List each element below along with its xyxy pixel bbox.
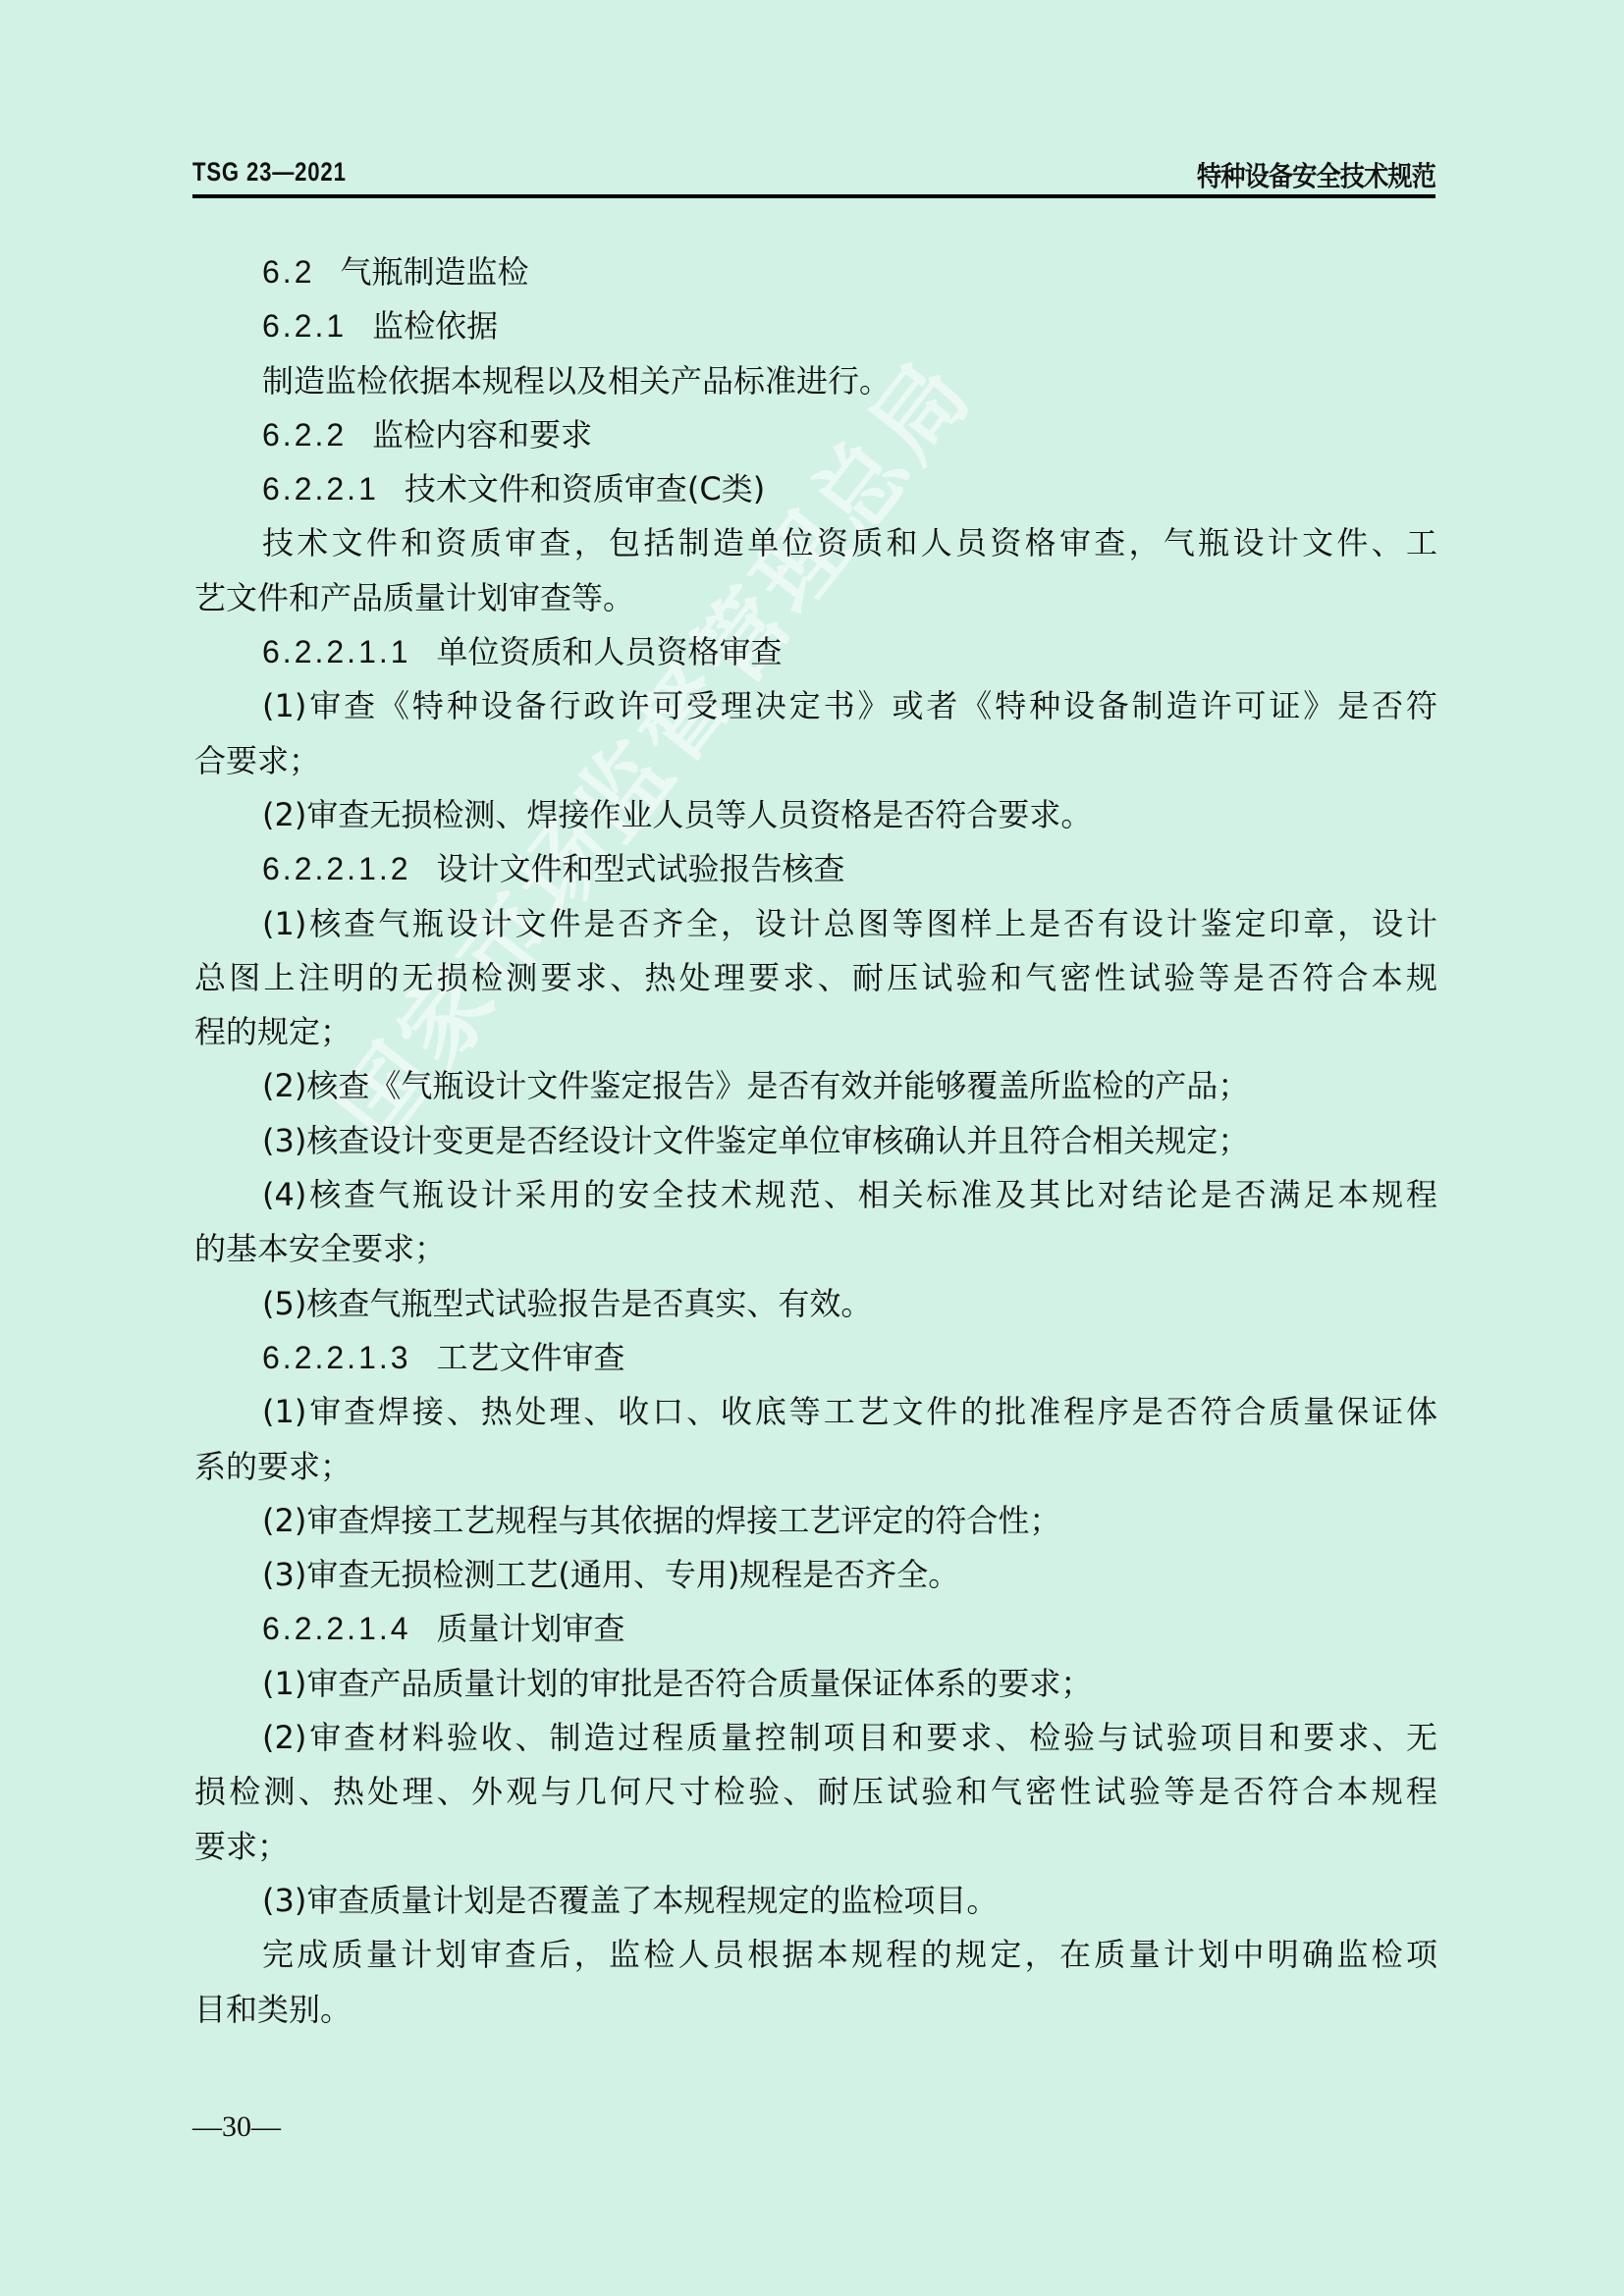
section-heading: 6.2气瓶制造监检: [194, 245, 1437, 299]
section-heading: 6.2.2.1.1单位资质和人员资格审查: [194, 625, 1437, 679]
section-heading: 6.2.2.1.4质量计划审查: [194, 1602, 1437, 1656]
line-text: (3)核查设计变更是否经设计文件鉴定单位审核确认并且符合相关规定；: [262, 1122, 1249, 1159]
line-text: (5)核查气瓶型式试验报告是否真实、有效。: [262, 1285, 872, 1322]
paragraph-line: (2)审查无损检测、焊接作业人员等人员资格是否符合要求。: [194, 788, 1437, 842]
section-number: 6.2.2.1: [262, 471, 379, 507]
paragraph-line: 要求；: [194, 1820, 1437, 1874]
paragraph-line: 制造监检依据本规程以及相关产品标准进行。: [194, 354, 1437, 408]
line-text: 系的要求；: [194, 1448, 352, 1485]
paragraph-line: 目和类别。: [194, 1983, 1437, 2037]
section-title: 工艺文件审查: [437, 1339, 625, 1376]
line-text: (4)核查气瓶设计采用的安全技术规范、相关标准及其比对结论是否满足本规程: [262, 1168, 1437, 1222]
line-text: 制造监检依据本规程以及相关产品标准进行。: [262, 362, 891, 400]
line-text: (2)审查焊接工艺规程与其依据的焊接工艺评定的符合性；: [262, 1502, 1060, 1539]
header-title: 特种设备安全技术规范: [1197, 155, 1435, 194]
line-text: (3)审查质量计划是否覆盖了本规程规定的监检项目。: [262, 1882, 998, 1919]
line-text: 合要求；: [194, 742, 320, 779]
section-title: 监检依据: [372, 307, 498, 345]
section-title: 设计文件和型式试验报告核查: [437, 850, 845, 887]
paragraph-line: (4)核查气瓶设计采用的安全技术规范、相关标准及其比对结论是否满足本规程: [194, 1168, 1437, 1222]
line-text: 程的规定；: [194, 1013, 352, 1050]
section-number: 6.2.2: [262, 417, 347, 453]
paragraph-line: 程的规定；: [194, 1005, 1437, 1059]
page-number: —30—: [192, 2110, 281, 2144]
paragraph-line: (2)核查《气瓶设计文件鉴定报告》是否有效并能够覆盖所监检的产品；: [194, 1059, 1437, 1113]
section-number: 6.2.2.1.1: [262, 634, 411, 669]
line-text: (1)审查《特种设备行政许可受理决定书》或者《特种设备制造许可证》是否符: [262, 679, 1437, 733]
section-heading: 6.2.2监检内容和要求: [194, 408, 1437, 462]
line-text: 的基本安全要求；: [194, 1230, 446, 1267]
section-title: 技术文件和资质审查(C类): [405, 470, 765, 507]
line-text: 总图上注明的无损检测要求、热处理要求、耐压试验和气密性试验等是否符合本规: [194, 951, 1437, 1005]
paragraph-line: 艺文件和产品质量计划审查等。: [194, 571, 1437, 625]
paragraph-line: (2)审查焊接工艺规程与其依据的焊接工艺评定的符合性；: [194, 1494, 1437, 1548]
section-number: 6.2.2.1.2: [262, 851, 411, 886]
line-text: (2)审查材料验收、制造过程质量控制项目和要求、检验与试验项目和要求、无: [262, 1711, 1437, 1765]
paragraph-line: 技术文件和资质审查，包括制造单位资质和人员资格审查，气瓶设计文件、工: [194, 516, 1437, 570]
section-number: 6.2.1: [262, 308, 347, 344]
section-heading: 6.2.1监检依据: [194, 299, 1437, 353]
paragraph-line: (1)审查《特种设备行政许可受理决定书》或者《特种设备制造许可证》是否符: [194, 679, 1437, 733]
standard-code: TSG 23—2021: [192, 157, 347, 187]
line-text: (1)审查产品质量计划的审批是否符合质量保证体系的要求；: [262, 1665, 1092, 1702]
paragraph-line: 总图上注明的无损检测要求、热处理要求、耐压试验和气密性试验等是否符合本规: [194, 951, 1437, 1005]
paragraph-line: 合要求；: [194, 734, 1437, 788]
paragraph-line: 的基本安全要求；: [194, 1222, 1437, 1276]
section-number: 6.2.2.1.3: [262, 1340, 411, 1375]
paragraph-line: 系的要求；: [194, 1440, 1437, 1494]
paragraph-line: (3)审查无损检测工艺(通用、专用)规程是否齐全。: [194, 1548, 1437, 1602]
line-text: (1)审查焊接、热处理、收口、收底等工艺文件的批准程序是否符合质量保证体: [262, 1385, 1437, 1439]
paragraph-line: (1)审查焊接、热处理、收口、收底等工艺文件的批准程序是否符合质量保证体: [194, 1385, 1437, 1439]
line-text: (3)审查无损检测工艺(通用、专用)规程是否齐全。: [262, 1556, 959, 1593]
document-body: 6.2气瓶制造监检6.2.1监检依据制造监检依据本规程以及相关产品标准进行。6.…: [194, 245, 1437, 2037]
paragraph-line: (1)审查产品质量计划的审批是否符合质量保证体系的要求；: [194, 1657, 1437, 1711]
line-text: 艺文件和产品质量计划审查等。: [194, 579, 634, 616]
section-title: 气瓶制造监检: [340, 253, 528, 291]
line-text: (2)审查无损检测、焊接作业人员等人员资格是否符合要求。: [262, 796, 1092, 833]
section-title: 监检内容和要求: [372, 416, 592, 454]
paragraph-line: (3)核查设计变更是否经设计文件鉴定单位审核确认并且符合相关规定；: [194, 1114, 1437, 1168]
section-heading: 6.2.2.1技术文件和资质审查(C类): [194, 462, 1437, 516]
paragraph-line: 完成质量计划审查后，监检人员根据本规程的规定，在质量计划中明确监检项: [194, 1928, 1437, 1982]
paragraph-line: (1)核查气瓶设计文件是否齐全，设计总图等图样上是否有设计鉴定印章，设计: [194, 897, 1437, 951]
line-text: (1)核查气瓶设计文件是否齐全，设计总图等图样上是否有设计鉴定印章，设计: [262, 897, 1437, 951]
section-title: 质量计划审查: [437, 1610, 625, 1647]
section-number: 6.2: [262, 254, 314, 290]
line-text: 完成质量计划审查后，监检人员根据本规程的规定，在质量计划中明确监检项: [262, 1928, 1437, 1982]
section-heading: 6.2.2.1.3工艺文件审查: [194, 1331, 1437, 1385]
paragraph-line: 损检测、热处理、外观与几何尺寸检验、耐压试验和气密性试验等是否符合本规程: [194, 1765, 1437, 1819]
page-header: TSG 23—2021 特种设备安全技术规范: [192, 155, 1435, 198]
section-number: 6.2.2.1.4: [262, 1611, 411, 1646]
section-title: 单位资质和人员资格审查: [437, 633, 783, 670]
paragraph-line: (2)审查材料验收、制造过程质量控制项目和要求、检验与试验项目和要求、无: [194, 1711, 1437, 1765]
paragraph-line: (5)核查气瓶型式试验报告是否真实、有效。: [194, 1277, 1437, 1331]
line-text: 技术文件和资质审查，包括制造单位资质和人员资格审查，气瓶设计文件、工: [262, 516, 1437, 570]
line-text: 要求；: [194, 1828, 289, 1865]
paragraph-line: (3)审查质量计划是否覆盖了本规程规定的监检项目。: [194, 1874, 1437, 1928]
section-heading: 6.2.2.1.2设计文件和型式试验报告核查: [194, 842, 1437, 896]
line-text: (2)核查《气瓶设计文件鉴定报告》是否有效并能够覆盖所监检的产品；: [262, 1067, 1249, 1104]
line-text: 损检测、热处理、外观与几何尺寸检验、耐压试验和气密性试验等是否符合本规程: [194, 1765, 1437, 1819]
line-text: 目和类别。: [194, 1991, 352, 2028]
